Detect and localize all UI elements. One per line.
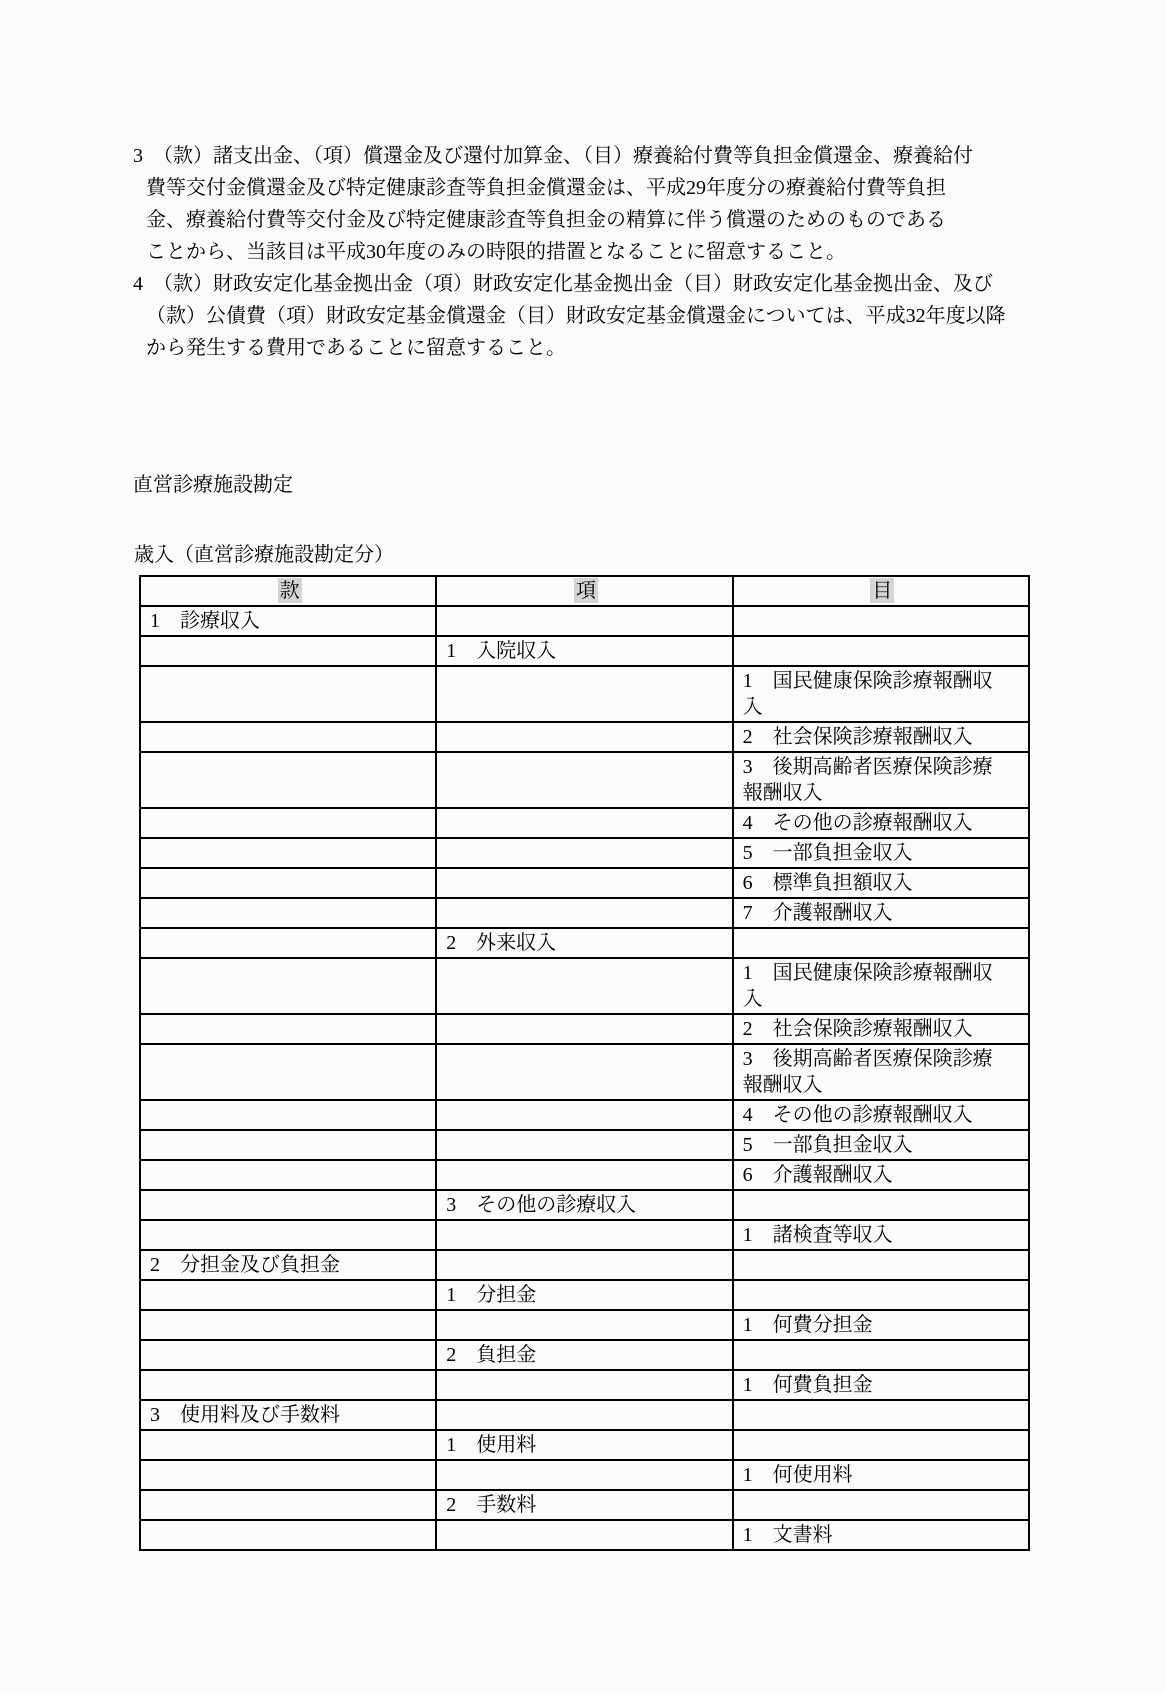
cell-moku xyxy=(733,1430,1029,1460)
cell-kan xyxy=(140,808,436,838)
table-row: 1 文書料 xyxy=(140,1520,1029,1550)
cell-kan xyxy=(140,722,436,752)
table-row: 1 諸検査等収入 xyxy=(140,1220,1029,1250)
cell-ko: 1 使用料 xyxy=(436,1430,732,1460)
cell-moku: 1 文書料 xyxy=(733,1520,1029,1550)
table-row: 6 標準負担額収入 xyxy=(140,868,1029,898)
revenue-table: 款 項 目 1 診療収入1 入院収入1 国民健康保険診療報酬収 入2 社会保険診… xyxy=(139,575,1030,1551)
cell-ko xyxy=(436,1400,732,1430)
cell-moku: 4 その他の診療報酬収入 xyxy=(733,808,1029,838)
cell-kan xyxy=(140,958,436,1014)
cell-moku: 5 一部負担金収入 xyxy=(733,838,1029,868)
cell-kan xyxy=(140,666,436,722)
table-row: 1 国民健康保険診療報酬収 入 xyxy=(140,666,1029,722)
cell-kan xyxy=(140,1280,436,1310)
table-title: 歳入（直営診療施設勘定分） xyxy=(134,544,1036,566)
cell-kan xyxy=(140,868,436,898)
cell-ko: 3 その他の診療収入 xyxy=(436,1190,732,1220)
note-line: から発生する費用であることに留意すること。 xyxy=(133,332,1036,364)
table-row: 5 一部負担金収入 xyxy=(140,1130,1029,1160)
cell-kan xyxy=(140,1310,436,1340)
cell-kan xyxy=(140,928,436,958)
cell-kan xyxy=(140,1340,436,1370)
cell-kan xyxy=(140,1044,436,1100)
cell-kan xyxy=(140,1220,436,1250)
table-row: 2 社会保険診療報酬収入 xyxy=(140,1014,1029,1044)
col-header-ko: 項 xyxy=(436,576,732,606)
cell-moku xyxy=(733,1490,1029,1520)
cell-ko: 2 手数料 xyxy=(436,1490,732,1520)
document-page: 3 （款）諸支出金、（項）償還金及び還付加算金、（目）療養給付費等負担金償還金、… xyxy=(0,0,1166,1694)
cell-ko: 2 外来収入 xyxy=(436,928,732,958)
cell-moku: 1 諸検査等収入 xyxy=(733,1220,1029,1250)
table-row: 1 国民健康保険診療報酬収 入 xyxy=(140,958,1029,1014)
cell-kan xyxy=(140,898,436,928)
note-line: 金、療養給付費等交付金及び特定健康診査等負担金の精算に伴う償還のためのものである xyxy=(133,204,1036,236)
table-row: 1 何費負担金 xyxy=(140,1370,1029,1400)
cell-moku: 6 介護報酬収入 xyxy=(733,1160,1029,1190)
table-row: 1 何費分担金 xyxy=(140,1310,1029,1340)
table-row: 3 後期高齢者医療保険診療 報酬収入 xyxy=(140,1044,1029,1100)
cell-kan xyxy=(140,1130,436,1160)
cell-kan xyxy=(140,1014,436,1044)
cell-kan xyxy=(140,1430,436,1460)
note-line: 費等交付金償還金及び特定健康診査等負担金償還金は、平成29年度分の療養給付費等負… xyxy=(133,172,1036,204)
table-row: 1 分担金 xyxy=(140,1280,1029,1310)
cell-kan xyxy=(140,1460,436,1490)
cell-kan xyxy=(140,1100,436,1130)
table-row: 2 外来収入 xyxy=(140,928,1029,958)
cell-moku xyxy=(733,1340,1029,1370)
table-row: 1 使用料 xyxy=(140,1430,1029,1460)
table-row: 3 後期高齢者医療保険診療 報酬収入 xyxy=(140,752,1029,808)
note-line: （款）公債費（項）財政安定基金償還金（目）財政安定基金償還金については、平成32… xyxy=(133,300,1036,332)
cell-ko xyxy=(436,958,732,1014)
note: 4 （款）財政安定化基金拠出金（項）財政安定化基金拠出金（目）財政安定化基金拠出… xyxy=(133,268,1036,364)
table-row: 5 一部負担金収入 xyxy=(140,838,1029,868)
cell-kan xyxy=(140,1160,436,1190)
cell-moku: 1 何費分担金 xyxy=(733,1310,1029,1340)
table-row: 4 その他の診療報酬収入 xyxy=(140,808,1029,838)
cell-moku xyxy=(733,1250,1029,1280)
cell-ko xyxy=(436,1100,732,1130)
cell-ko xyxy=(436,1250,732,1280)
col-header-moku: 目 xyxy=(733,576,1029,606)
cell-moku: 7 介護報酬収入 xyxy=(733,898,1029,928)
cell-ko xyxy=(436,1370,732,1400)
cell-ko xyxy=(436,838,732,868)
cell-moku: 5 一部負担金収入 xyxy=(733,1130,1029,1160)
cell-ko: 1 分担金 xyxy=(436,1280,732,1310)
cell-ko xyxy=(436,898,732,928)
table-row: 1 何使用料 xyxy=(140,1460,1029,1490)
cell-moku xyxy=(733,928,1029,958)
cell-ko: 2 負担金 xyxy=(436,1340,732,1370)
note-line: 4 （款）財政安定化基金拠出金（項）財政安定化基金拠出金（目）財政安定化基金拠出… xyxy=(133,268,1036,300)
cell-kan xyxy=(140,1490,436,1520)
table-row: 2 負担金 xyxy=(140,1340,1029,1370)
table-row: 1 入院収入 xyxy=(140,636,1029,666)
cell-moku xyxy=(733,636,1029,666)
cell-ko xyxy=(436,1460,732,1490)
note-line: 3 （款）諸支出金、（項）償還金及び還付加算金、（目）療養給付費等負担金償還金、… xyxy=(133,140,1036,172)
cell-moku: 1 国民健康保険診療報酬収 入 xyxy=(733,666,1029,722)
cell-kan xyxy=(140,636,436,666)
cell-kan xyxy=(140,1190,436,1220)
cell-kan: 1 診療収入 xyxy=(140,606,436,636)
cell-ko xyxy=(436,1310,732,1340)
cell-kan xyxy=(140,838,436,868)
cell-ko xyxy=(436,1220,732,1250)
table-row: 2 手数料 xyxy=(140,1490,1029,1520)
table-row: 7 介護報酬収入 xyxy=(140,898,1029,928)
cell-moku xyxy=(733,1190,1029,1220)
cell-moku xyxy=(733,1400,1029,1430)
cell-moku: 1 何使用料 xyxy=(733,1460,1029,1490)
cell-ko xyxy=(436,808,732,838)
note: 3 （款）諸支出金、（項）償還金及び還付加算金、（目）療養給付費等負担金償還金、… xyxy=(133,140,1036,268)
revenue-table-body: 1 診療収入1 入院収入1 国民健康保険診療報酬収 入2 社会保険診療報酬収入3… xyxy=(140,606,1029,1550)
cell-ko xyxy=(436,606,732,636)
table-row: 3 その他の診療収入 xyxy=(140,1190,1029,1220)
cell-kan xyxy=(140,1370,436,1400)
cell-ko xyxy=(436,1520,732,1550)
cell-moku: 1 何費負担金 xyxy=(733,1370,1029,1400)
cell-ko xyxy=(436,1044,732,1100)
note-line: ことから、当該目は平成30年度のみの時限的措置となることに留意すること。 xyxy=(133,236,1036,268)
cell-moku: 3 後期高齢者医療保険診療 報酬収入 xyxy=(733,1044,1029,1100)
cell-moku: 2 社会保険診療報酬収入 xyxy=(733,722,1029,752)
cell-ko xyxy=(436,722,732,752)
cell-ko xyxy=(436,752,732,808)
table-row: 2 分担金及び負担金 xyxy=(140,1250,1029,1280)
cell-ko xyxy=(436,1014,732,1044)
table-row: 4 その他の診療報酬収入 xyxy=(140,1100,1029,1130)
kan-header-label: 款 xyxy=(278,578,302,603)
cell-moku xyxy=(733,606,1029,636)
cell-moku: 1 国民健康保険診療報酬収 入 xyxy=(733,958,1029,1014)
table-row: 6 介護報酬収入 xyxy=(140,1160,1029,1190)
moku-header-label: 目 xyxy=(870,578,894,603)
cell-kan: 2 分担金及び負担金 xyxy=(140,1250,436,1280)
cell-kan: 3 使用料及び手数料 xyxy=(140,1400,436,1430)
section-title: 直営診療施設勘定 xyxy=(133,474,1036,496)
cell-kan xyxy=(140,752,436,808)
ko-header-label: 項 xyxy=(574,578,598,603)
cell-kan xyxy=(140,1520,436,1550)
notes-section: 3 （款）諸支出金、（項）償還金及び還付加算金、（目）療養給付費等負担金償還金、… xyxy=(133,140,1036,364)
table-row: 3 使用料及び手数料 xyxy=(140,1400,1029,1430)
cell-ko: 1 入院収入 xyxy=(436,636,732,666)
cell-moku: 4 その他の診療報酬収入 xyxy=(733,1100,1029,1130)
cell-ko xyxy=(436,1130,732,1160)
table-row: 2 社会保険診療報酬収入 xyxy=(140,722,1029,752)
cell-ko xyxy=(436,868,732,898)
cell-moku: 2 社会保険診療報酬収入 xyxy=(733,1014,1029,1044)
col-header-kan: 款 xyxy=(140,576,436,606)
table-row: 1 診療収入 xyxy=(140,606,1029,636)
cell-moku xyxy=(733,1280,1029,1310)
table-header-row: 款 項 目 xyxy=(140,576,1029,606)
cell-ko xyxy=(436,666,732,722)
cell-ko xyxy=(436,1160,732,1190)
cell-moku: 3 後期高齢者医療保険診療 報酬収入 xyxy=(733,752,1029,808)
cell-moku: 6 標準負担額収入 xyxy=(733,868,1029,898)
